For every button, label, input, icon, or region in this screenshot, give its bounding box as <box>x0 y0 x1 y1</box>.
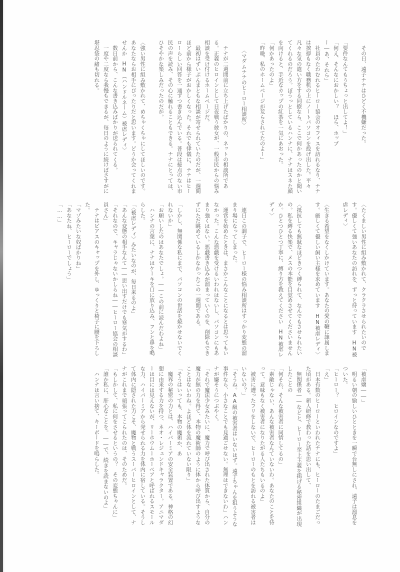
narration-paragraph: 最初はずいぶんまともな相談が寄せられていたのだが、一週間ほど前から様子がおかしく… <box>156 40 202 198</box>
blank-line <box>230 40 239 198</box>
text-tier-middle: 〈たくましい男性に組み敷かれて、クラクラさせられたいのです。優しくて強いあなたの… <box>28 202 368 360</box>
blank-line <box>350 40 359 198</box>
dialogue-line: 「何え、そんなにおかしい？ ほら、ホップ <box>331 40 340 198</box>
narration-paragraph: 明るい朝の愉しいひとときを一瞬で台無しにされ、遠子は溜息をついた。 <box>340 366 358 527</box>
narration-paragraph: 運営を始めたときは、まさかこんなことになるとは思ってもいなかった。こんな悪戯を受… <box>193 202 230 360</box>
document-page: その日、遠子ナナはひどく不機嫌だった。 「要件なんてもうちょっと出してよ！」 「… <box>0 0 400 572</box>
blank-line <box>304 202 313 360</box>
narration-paragraph: その日、遠子ナナはひどく不機嫌だった。 <box>359 40 368 198</box>
dialogue-line: 「それなので、キャラじゃないかしらね――ヒーロー協会の相談員さん」 <box>101 202 119 360</box>
dialogue-line: 「要件なんてもうちょっと出してよ！」 <box>340 40 349 198</box>
dialogue-line: 「何それ、そんな被害者に同情してるの」 <box>276 366 285 527</box>
page-binding-edge <box>0 0 3 572</box>
narration-paragraph: ハンナは言い捨て、キーボードを鳴らした。 <box>92 366 101 527</box>
blank-line <box>147 40 156 198</box>
dialogue-line: 「そうはいっても、本物の魔術か、あ <box>175 366 184 527</box>
narration-paragraph: ナナが二週間前に立ち上げたばかりの、ネットの相談所である。正義のヒロインとして日… <box>202 40 230 198</box>
section-heading: 〈マダムナナのヒーロー相談所〉 <box>239 40 248 198</box>
message-quote: 〈強い男性に組み敷かれて、めちゃくちゃにしてほしいのです。あなたならお相手にぴっ… <box>120 40 148 198</box>
dialogue-line: 「え」 <box>322 366 331 527</box>
text-tier-top: その日、遠子ナナはひどく不機嫌だった。 「要件なんてもうちょっと出してよ！」 「… <box>68 40 368 198</box>
message-quote: 〈たくましい男性に組み敷かれて、クラクラさせられたいのです。優しくて強いあなたの… <box>340 202 368 360</box>
dialogue-line: 「何かあったのよ」 <box>267 40 276 198</box>
dialogue-line: 「素敵じゃない、あんな被害者なんていないわ。あなたのことを待って、意味もなく被害… <box>258 366 276 527</box>
blank-line <box>331 202 340 360</box>
narration-paragraph: 魔界の秘密の力とは、ハイパーミアの安全装置である。神格の幻想に由来する力を持つ、… <box>120 366 175 527</box>
narration-paragraph: 無関係者――などと、ヒーロー至上主義を掲げる秘密組織が出現したことの <box>285 366 303 527</box>
dialogue-line: 「それで魔法少女みたいに、魔力で呼び出された体質から、自分の魔力が無の力を得て、… <box>184 366 212 527</box>
dialogue-line: 「被虐嬢――」 <box>359 366 368 527</box>
narration-paragraph: 一度や二度なら我慢もできるが、毎日のように続けばさすがに堪忍袋の緒も切れる。 <box>92 40 110 198</box>
dialogue-line: 「あんな変態の相手なんて――思い出すだけでも寒気がするわ」 <box>120 202 129 360</box>
dialogue-line: 「昨晩、私のホームページが荒らされてたのよー」 <box>258 40 267 198</box>
dialogue-line: 「誰か私に、肝心なことを。――で、続きを読まないのよ」 <box>101 366 110 527</box>
narration-paragraph: 数日前から、こんな書き込みばかりが送られてくる。 <box>110 40 119 198</box>
text-tier-bottom: 「被虐嬢――」 明るい朝の愉しいひとときを一瞬で台無しにされ、遠子は溜息をついた… <box>28 366 368 527</box>
blank-line <box>248 40 257 198</box>
narration-paragraph: 被害に遭ったフリをしないで、ヒーローのもとを訪れる被害者はいないの？」 <box>239 366 257 527</box>
blank-line <box>184 202 193 360</box>
dialogue-line: 「〈被虐レディ〉みたいなのが、毎日来るのよ」 <box>129 202 138 360</box>
message-quote: 〈生きる希望をなくしかけています。あなたの愛の鞭に隷属します。厳しくて優しい飼い… <box>313 202 331 360</box>
dialogue-line: 「ヒーロー？ ヒロインなのですよ」 <box>331 366 340 527</box>
narration-paragraph: ナナはピアスのキャップを外し、ゆっくりと椅子に腰を下ろした。 <box>83 202 101 360</box>
dialogue-line: 「もしかして、私に何をさせるというの？ その変態ちゃんに」 <box>110 366 119 527</box>
blank-line <box>258 202 267 360</box>
dialogue-line: 「マゾみたいな奴ばかりね」 <box>74 202 83 360</box>
narration-paragraph: 連日この調子で、ヒーロー様の悩み相談所はすっかり変態の溜まり場になってしまった。 <box>230 202 248 360</box>
narration-paragraph: 社員のたわむれるヒーロー協会のオフィスを訪れるなり、ナナは挨拶もなく職務机の上に… <box>276 40 322 198</box>
dialogue-line: 「あなたね、ヒーローでしょう」 <box>64 202 73 360</box>
narration-paragraph: ハンナの言葉に、ナナはケーキを口に放り込み、フンと鼻を鳴らした。 <box>138 202 156 360</box>
dialogue-line: 「しかし、無関係な私にまで、パソコンの世話を焼かせないでくれないか」 <box>166 202 184 360</box>
narration-paragraph: 日本有数のヒーローといわれたナナにも、ヒーローのたまごだった頃がある。新人研修で… <box>304 366 322 527</box>
dialogue-line: 「お願いしたのはあなたでしょ。――この前に読んだわよね」 <box>156 202 165 360</box>
dialogue-line: 「……」 <box>55 202 64 360</box>
blank-line <box>248 202 257 360</box>
dialogue-line: ー―あ、それら」 <box>322 40 331 198</box>
message-quote: 〈抵抗しても無駄なほどきつく縛られて、なんでもさせられたいの。私を縛る快楽で、メ… <box>267 202 304 360</box>
dialogue-line: 「そうね。AA級の被害者はいないはず。遠子ちゃんを狙うような事件なら、小さなこと… <box>212 366 240 527</box>
